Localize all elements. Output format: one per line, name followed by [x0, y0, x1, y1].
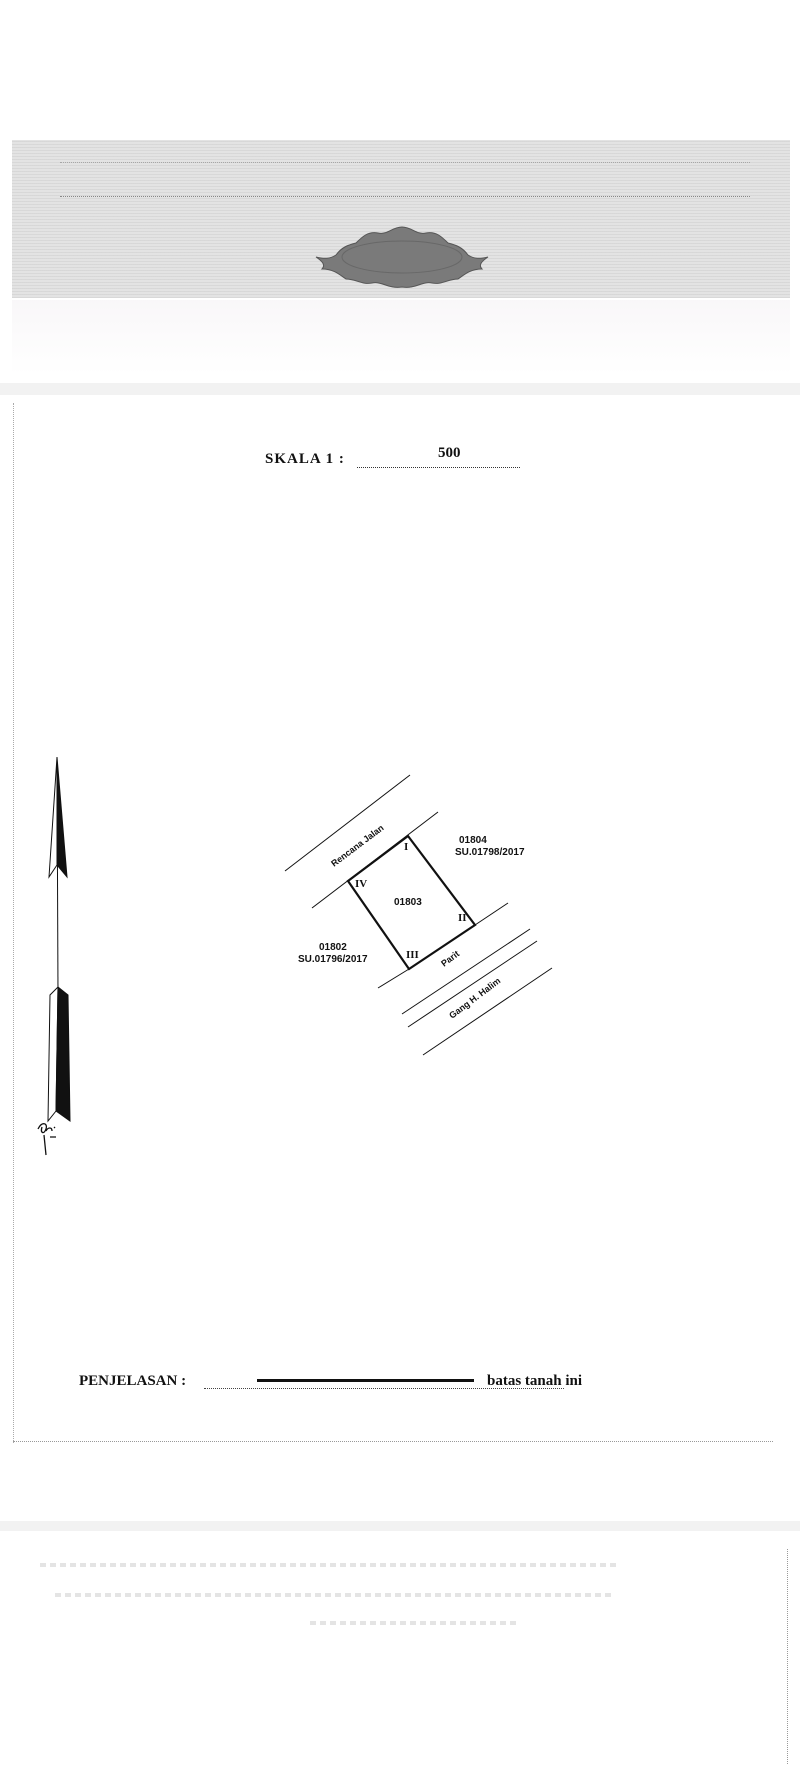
page-3 [0, 1531, 800, 1778]
faded-text-line [310, 1621, 520, 1625]
map-sheet: SKALA 1 : 500 Rencana Jalan Parit Gang H… [0, 395, 800, 1521]
parcel-id: 01803 [394, 897, 422, 908]
corner-label-iv: IV [355, 878, 367, 890]
faded-text-area [0, 1531, 800, 1778]
dotted-rule [60, 162, 750, 163]
road-label-parit: Parit [439, 949, 461, 969]
corner-label-ii: II [458, 912, 467, 924]
dotted-rule [60, 196, 750, 197]
road-line-gang-h-halim [408, 941, 537, 1027]
signature-initial [38, 1124, 56, 1155]
faded-text-area [12, 300, 790, 375]
legend-boundary-line-sample [257, 1379, 474, 1382]
road-label-rencana-jalan: Rencana Jalan [329, 823, 385, 869]
page-1 [0, 0, 800, 383]
seal-rosette-icon [312, 225, 492, 289]
frame-border-right [787, 1549, 788, 1764]
neighbor-ref-01804: SU.01798/2017 [455, 847, 525, 858]
north-arrow-icon [48, 757, 70, 1121]
neighbor-id-01804: 01804 [459, 835, 487, 846]
corner-label-iii: III [406, 949, 419, 961]
boundary-extension [475, 903, 508, 925]
parcel-map: Rencana Jalan Parit Gang H. Halim I II I… [0, 395, 800, 1521]
neighbor-ref-01802: SU.01796/2017 [298, 954, 368, 965]
faded-text-line [40, 1563, 620, 1567]
corner-label-i: I [404, 841, 408, 853]
security-banner [12, 140, 790, 298]
legend-description: batas tanah ini [487, 1373, 582, 1390]
boundary-extension [378, 969, 409, 988]
neighbor-id-01802: 01802 [319, 942, 347, 953]
faded-text-line [55, 1593, 615, 1597]
legend-row: PENJELASAN : batas tanah ini [79, 1371, 639, 1395]
legend-label: PENJELASAN : [79, 1373, 186, 1390]
